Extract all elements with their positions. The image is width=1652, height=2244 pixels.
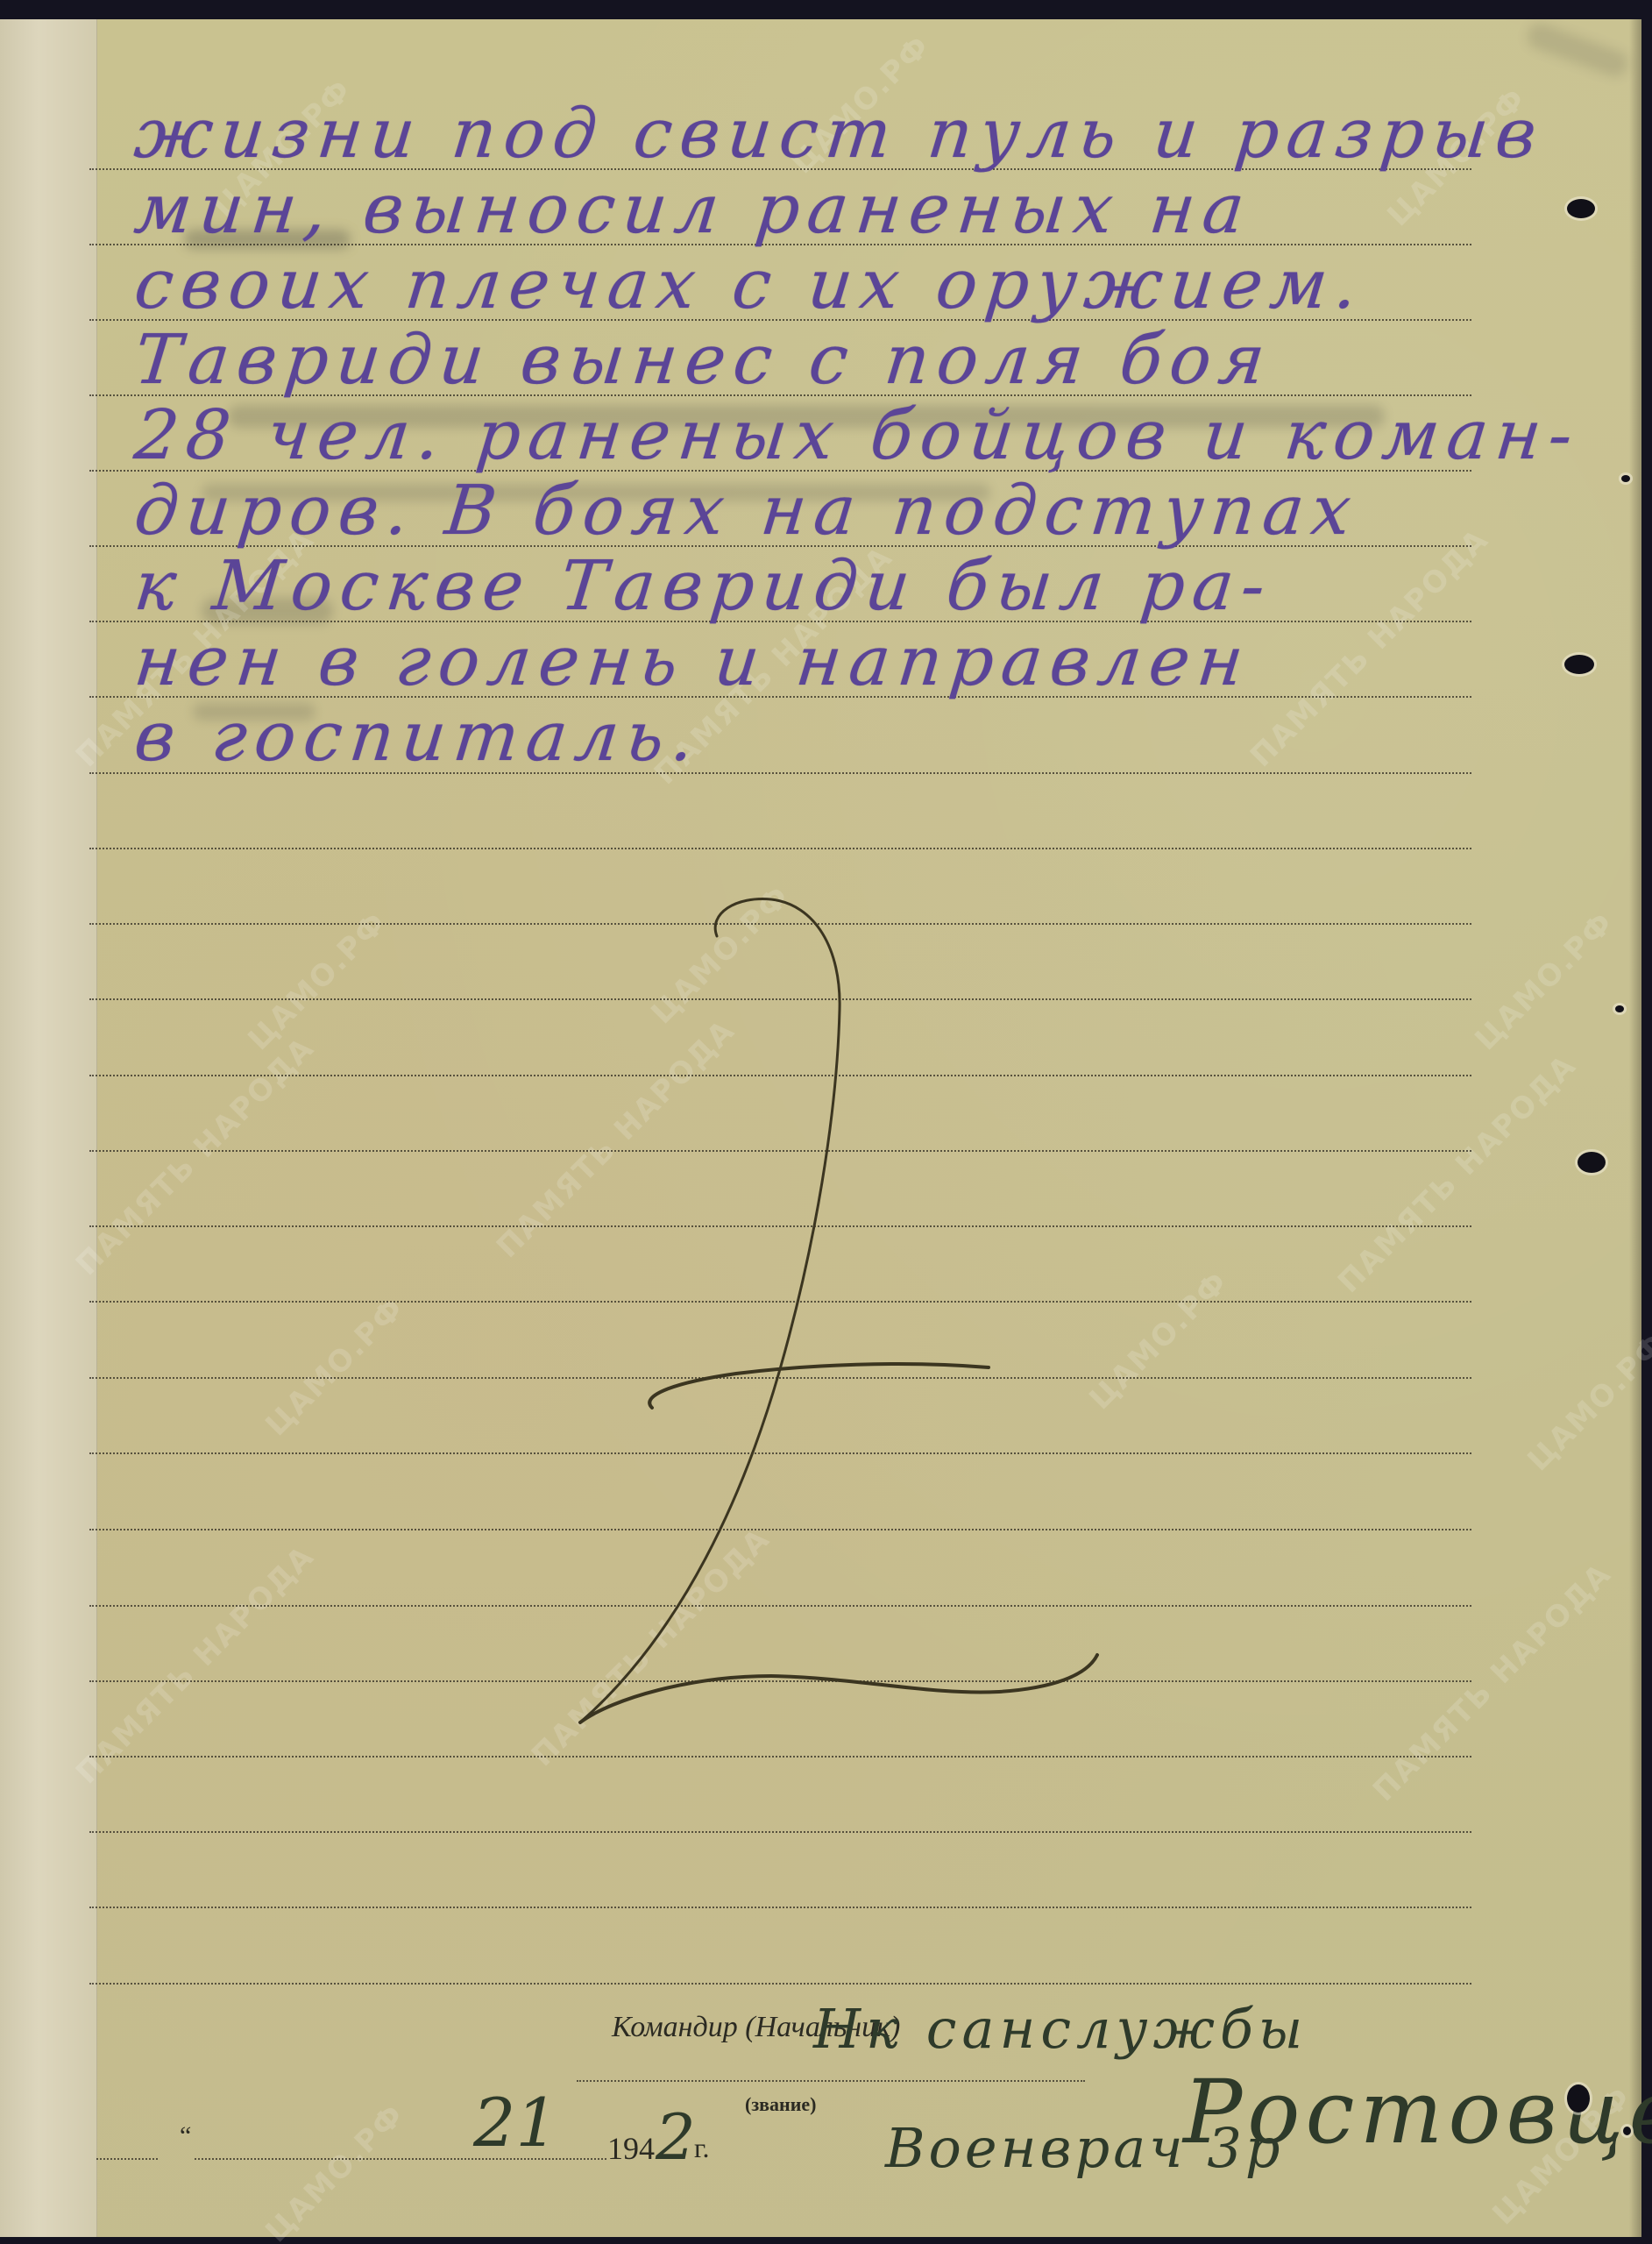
z-strike-mark <box>0 19 1641 2237</box>
punch-hole <box>1621 475 1630 482</box>
handwritten-date-day: 21 <box>473 2090 558 2156</box>
rank-line <box>577 2080 1085 2082</box>
punch-hole <box>1567 2084 1590 2113</box>
rank-caption: (звание) <box>745 2093 817 2116</box>
handwritten-year-digit: 2 <box>656 2106 696 2169</box>
punch-hole <box>1567 199 1595 218</box>
document-page: ЦАМО.РФ ЦАМО.РФ ЦАМО.РФ ПАМЯТЬ НАРОДА ПА… <box>0 19 1641 2237</box>
year-printed: 194 <box>607 2130 655 2167</box>
punch-hole <box>1615 1005 1624 1012</box>
signature: Ростовцев <box>1183 2069 1652 2156</box>
punch-hole <box>1623 2127 1631 2135</box>
date-open-quote: “ <box>180 2121 191 2151</box>
date-line-left <box>96 2158 158 2160</box>
handwritten-position: Нк санслужбы <box>813 2002 1308 2056</box>
punch-hole <box>1578 1152 1606 1173</box>
year-suffix: г. <box>694 2132 710 2164</box>
punch-hole <box>1564 655 1594 674</box>
